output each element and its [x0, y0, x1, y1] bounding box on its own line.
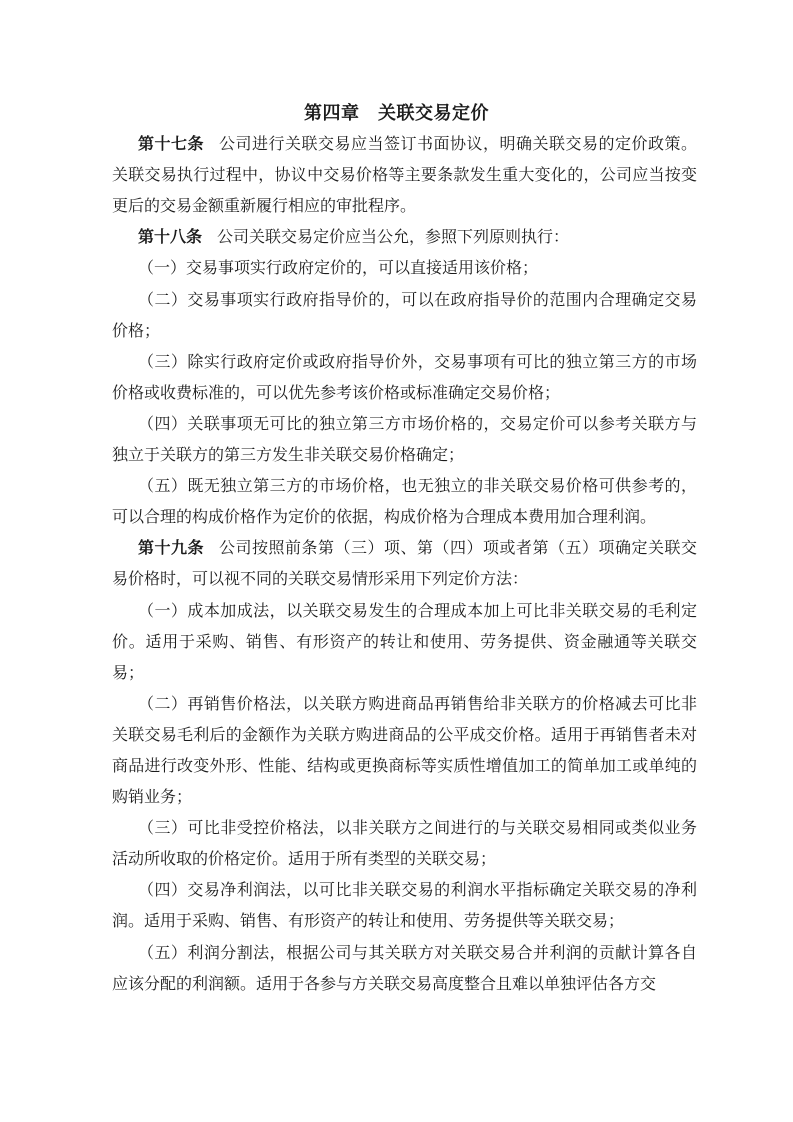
paragraph: （四）交易净利润法，以可比非关联交易的利润水平指标确定关联交易的净利润。适用于采…	[112, 875, 697, 937]
paragraph: （二）交易事项实行政府指导价的，可以在政府指导价的范围内合理确定交易价格；	[112, 285, 697, 347]
paragraph: （一）成本加成法，以关联交易发生的合理成本加上可比非关联交易的毛利定价。适用于采…	[112, 596, 697, 689]
chapter-title: 第四章 关联交易定价	[96, 98, 697, 129]
article-number: 第十七条	[138, 136, 204, 153]
paragraph: （五）利润分割法，根据公司与其关联方对关联交易合并利润的贡献计算各自应该分配的利…	[112, 938, 697, 1000]
paragraph-text: （五）既无独立第三方的市场价格，也无独立的非关联交易价格可供参考的，可以合理的构…	[112, 478, 697, 526]
paragraph-text: （四）交易净利润法，以可比非关联交易的利润水平指标确定关联交易的净利润。适用于采…	[112, 882, 697, 930]
paragraph-text: 公司关联交易定价应当公允，参照下列原则执行：	[217, 229, 569, 246]
paragraph: （五）既无独立第三方的市场价格，也无独立的非关联交易价格可供参考的，可以合理的构…	[112, 471, 697, 533]
paragraph-text: （三）除实行政府定价或政府指导价外，交易事项有可比的独立第三方的市场价格或收费标…	[112, 354, 697, 402]
paragraph: （四）关联事项无可比的独立第三方市场价格的，交易定价可以参考关联方与独立于关联方…	[112, 409, 697, 471]
article-number: 第十九条	[138, 540, 204, 557]
paragraph: 第十八条公司关联交易定价应当公允，参照下列原则执行：	[112, 222, 697, 253]
paragraph: （三）可比非受控价格法，以非关联方之间进行的与关联交易相同或类似业务活动所收取的…	[112, 813, 697, 875]
article-number: 第十八条	[138, 229, 202, 246]
document-body: 第十七条公司进行关联交易应当签订书面协议，明确关联交易的定价政策。关联交易执行过…	[112, 129, 697, 1000]
paragraph-text: （二）再销售价格法，以关联方购进商品再销售给非关联方的价格减去可比非关联交易毛利…	[112, 696, 697, 806]
paragraph-text: （三）可比非受控价格法，以非关联方之间进行的与关联交易相同或类似业务活动所收取的…	[112, 820, 697, 868]
paragraph: （二）再销售价格法，以关联方购进商品再销售给非关联方的价格减去可比非关联交易毛利…	[112, 689, 697, 813]
document-page: 第四章 关联交易定价 第十七条公司进行关联交易应当签订书面协议，明确关联交易的定…	[0, 0, 793, 1122]
paragraph: 第十七条公司进行关联交易应当签订书面协议，明确关联交易的定价政策。关联交易执行过…	[112, 129, 697, 222]
paragraph: （三）除实行政府定价或政府指导价外，交易事项有可比的独立第三方的市场价格或收费标…	[112, 347, 697, 409]
paragraph-text: （四）关联事项无可比的独立第三方市场价格的，交易定价可以参考关联方与独立于关联方…	[112, 416, 697, 464]
paragraph-text: （一）成本加成法，以关联交易发生的合理成本加上可比非关联交易的毛利定价。适用于采…	[112, 603, 697, 682]
paragraph: 第十九条公司按照前条第（三）项、第（四）项或者第（五）项确定关联交易价格时，可以…	[112, 533, 697, 595]
paragraph-text: （二）交易事项实行政府指导价的，可以在政府指导价的范围内合理确定交易价格；	[112, 292, 697, 340]
paragraph-text: （一）交易事项实行政府定价的，可以直接适用该价格；	[138, 260, 538, 277]
paragraph: （一）交易事项实行政府定价的，可以直接适用该价格；	[112, 253, 697, 284]
paragraph-text: （五）利润分割法，根据公司与其关联方对关联交易合并利润的贡献计算各自应该分配的利…	[112, 945, 697, 993]
